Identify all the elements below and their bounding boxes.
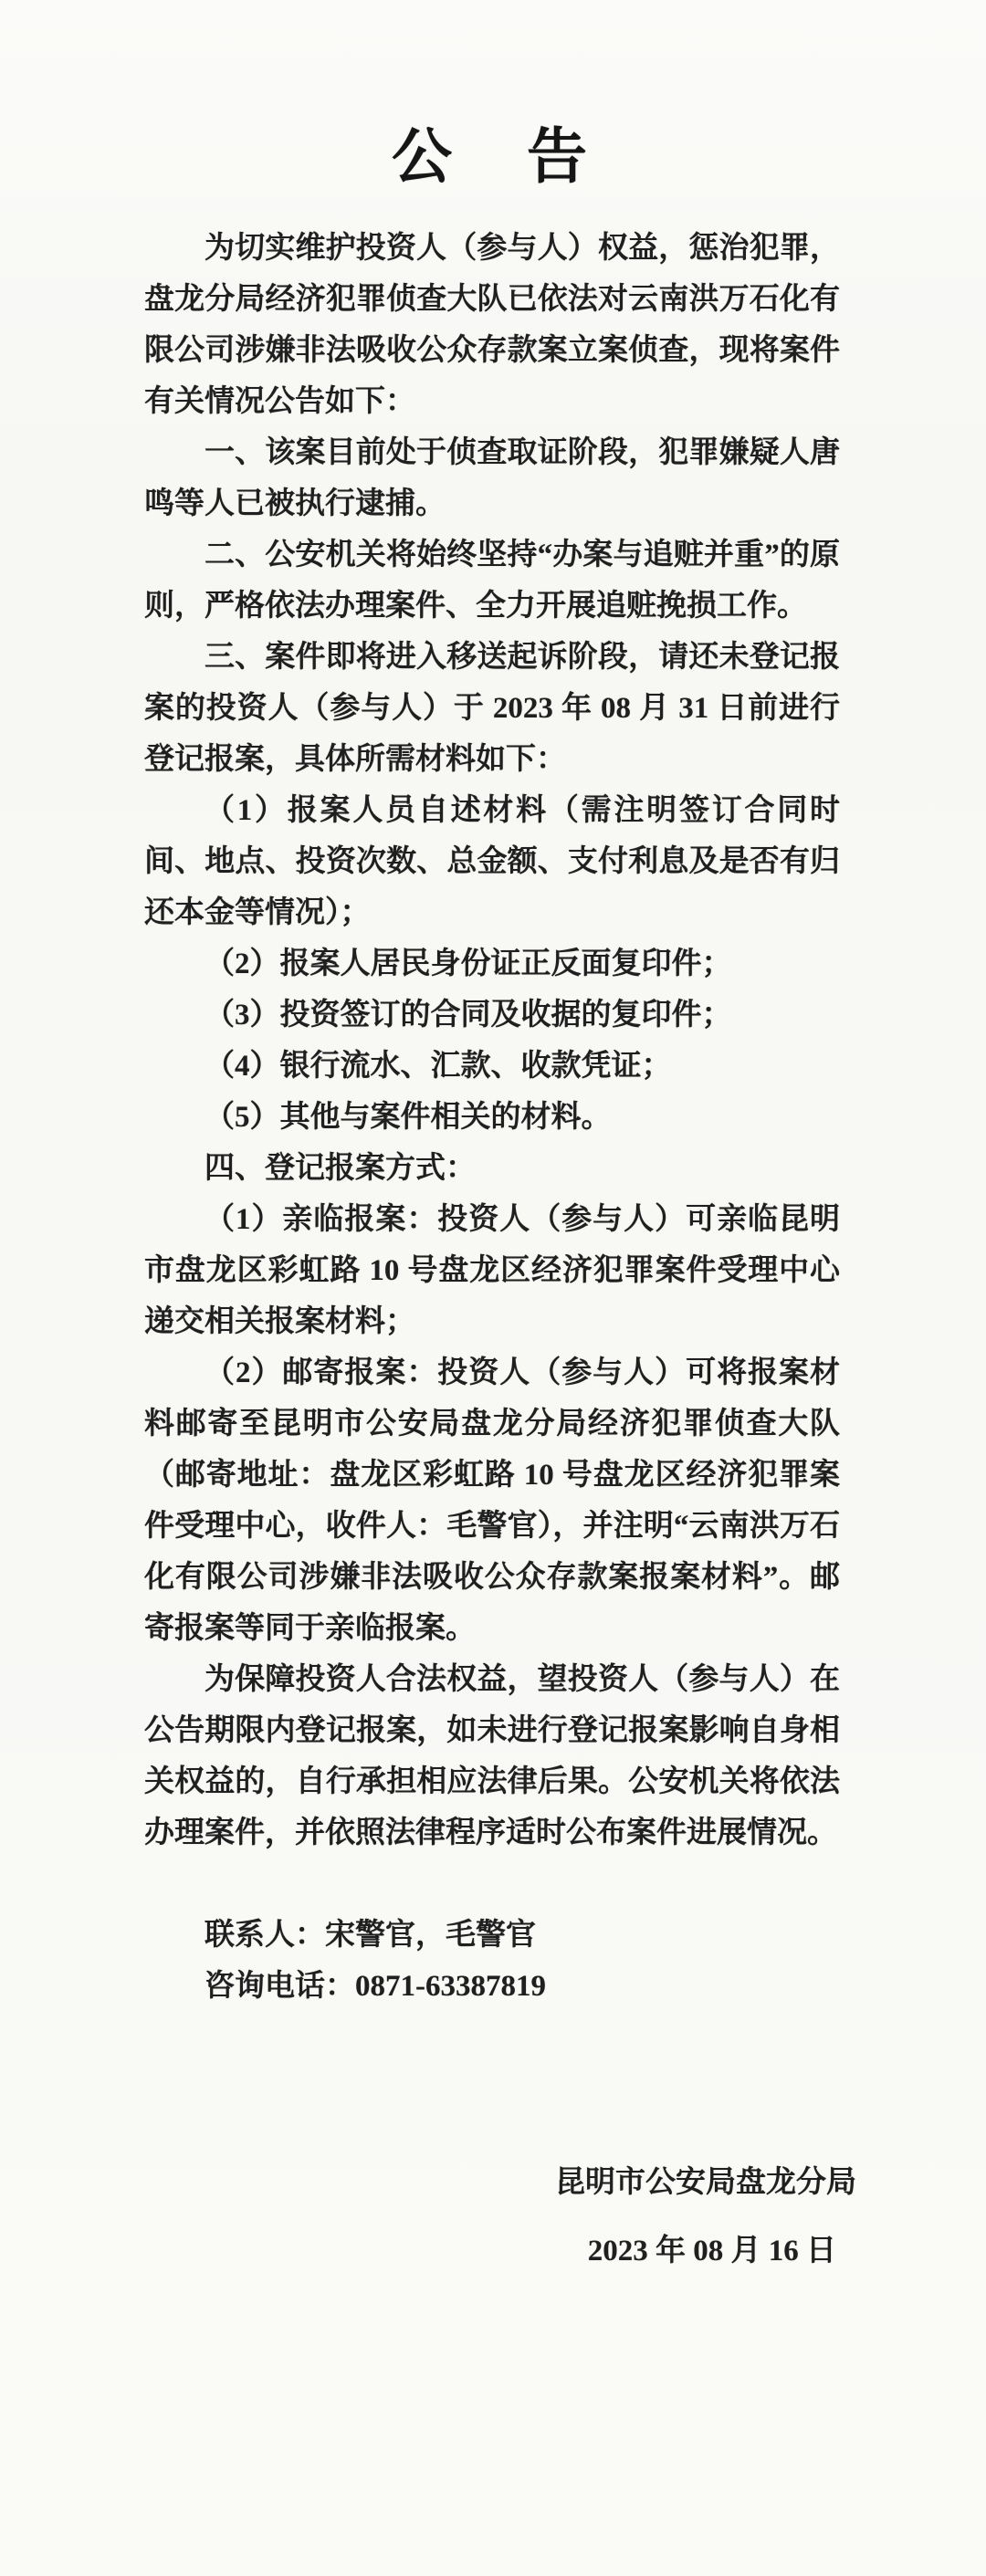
paragraph-material-2: （2）报案人居民身份证正反面复印件；	[144, 938, 840, 990]
signature-date: 2023 年 08 月 16 日	[0, 2217, 856, 2286]
notice-page: 公 告 为切实维护投资人（参与人）权益，惩治犯罪，盘龙分局经济犯罪侦查大队已依法…	[0, 0, 986, 2576]
paragraph-method-1: （1）亲临报案：投资人（参与人）可亲临昆明市盘龙区彩虹路 10 号盘龙区经济犯罪…	[144, 1194, 840, 1347]
contact-block: 联系人：宋警官，毛警官 咨询电话：0871-63387819	[144, 1910, 840, 2012]
notice-title: 公 告	[0, 117, 986, 199]
paragraph-intro: 为切实维护投资人（参与人）权益，惩治犯罪，盘龙分局经济犯罪侦查大队已依法对云南洪…	[144, 223, 840, 427]
paragraph-item-1: 一、该案目前处于侦查取证阶段，犯罪嫌疑人唐鸣等人已被执行逮捕。	[144, 427, 840, 529]
paragraph-method-2: （2）邮寄报案：投资人（参与人）可将报案材料邮寄至昆明市公安局盘龙分局经济犯罪侦…	[144, 1347, 840, 1654]
paragraph-material-1: （1）报案人员自述材料（需注明签订合同时间、地点、投资次数、总金额、支付利息及是…	[144, 785, 840, 938]
paragraph-material-4: （4）银行流水、汇款、收款凭证；	[144, 1041, 840, 1092]
paragraph-item-3: 三、案件即将进入移送起诉阶段，请还未登记报案的投资人（参与人）于 2023 年 …	[144, 632, 840, 785]
paragraph-item-4: 四、登记报案方式：	[144, 1143, 840, 1194]
contact-phone-line: 咨询电话：0871-63387819	[144, 1961, 840, 2012]
signature-issuer: 昆明市公安局盘龙分局	[0, 2149, 856, 2217]
contact-person-line: 联系人：宋警官，毛警官	[144, 1910, 840, 1961]
paragraph-material-5: （5）其他与案件相关的材料。	[144, 1092, 840, 1143]
signature-block: 昆明市公安局盘龙分局 2023 年 08 月 16 日	[0, 2149, 986, 2286]
notice-body: 为切实维护投资人（参与人）权益，惩治犯罪，盘龙分局经济犯罪侦查大队已依法对云南洪…	[0, 223, 840, 2012]
paragraph-item-2: 二、公安机关将始终坚持“办案与追赃并重”的原则，严格依法办理案件、全力开展追赃挽…	[144, 529, 840, 632]
paragraph-closing: 为保障投资人合法权益，望投资人（参与人）在公告期限内登记报案，如未进行登记报案影…	[144, 1654, 840, 1859]
paragraph-material-3: （3）投资签订的合同及收据的复印件；	[144, 990, 840, 1041]
